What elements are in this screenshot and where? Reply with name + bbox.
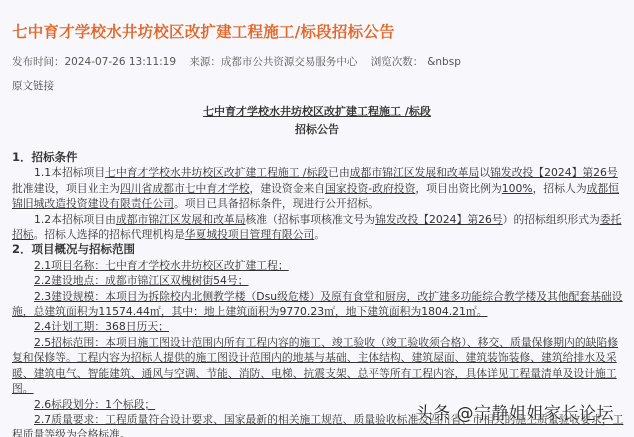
text: ，项目出资比例为 bbox=[415, 182, 501, 195]
clause-1-1: 1.1本招标项目七中育才学校水井坊校区改扩建工程施工 /标段已由成都市锦江区发展… bbox=[12, 165, 624, 211]
clause-1-2: 1.2本招标项目由成都市锦江区发展和改革局核准（招标事项核准文号为锦发改投【20… bbox=[12, 212, 624, 243]
publish-label: 发布时间： bbox=[12, 56, 65, 68]
views-label: 浏览次数： bbox=[371, 56, 424, 68]
views-value: &nbsp bbox=[427, 56, 461, 68]
text: 。项目已具备招标条件，现进行公开招标。 bbox=[174, 197, 379, 210]
tender-agent: 华夏城投项目管理有限公司 bbox=[185, 228, 315, 241]
publish-time: 发布时间：2024-07-26 13:11:19 bbox=[12, 56, 176, 68]
text: ，建设资金来自 bbox=[250, 182, 326, 195]
document-title-line1: 七中育才学校水井坊校区改扩建工程施工 /标段 bbox=[0, 103, 634, 121]
text: 1.1本招标项目 bbox=[34, 166, 105, 179]
meta-bar: 发布时间：2024-07-26 13:11:19 来源：成都市公共资源交易服务中… bbox=[12, 54, 471, 69]
project-owner: 四川省成都市七中育才学校 bbox=[120, 182, 250, 195]
duration-clause: 2.4计划工期：368日历天； bbox=[34, 320, 169, 333]
fund-ratio: 100% bbox=[502, 182, 533, 195]
clause-2-4: 2.4计划工期：368日历天； bbox=[12, 319, 624, 334]
section-2-heading: 2．项目概况与招标范围 bbox=[12, 242, 624, 257]
text: 已由 bbox=[328, 166, 350, 179]
text: 核准（招标事项核准文号为 bbox=[246, 213, 376, 226]
text: ，招标人为 bbox=[533, 182, 587, 195]
document-body: 1．招标条件 1.1本招标项目七中育才学校水井坊校区改扩建工程施工 /标段已由成… bbox=[12, 150, 624, 437]
text: ）的招标组织形式为 bbox=[503, 213, 600, 226]
project-name: 七中育才学校水井坊校区改扩建工程施工 /标段 bbox=[105, 166, 328, 179]
location-clause: 2.2建设地点：成都市锦江区双槐树街54号； bbox=[34, 274, 248, 287]
lots-clause: 2.6标段划分：1个标段； bbox=[34, 398, 155, 411]
views: 浏览次数：&nbsp bbox=[371, 56, 461, 68]
fund-source: 国家投资-政府投资 bbox=[325, 182, 415, 195]
text: 。 bbox=[314, 228, 325, 241]
watermark: 头条 @宁静姐姐家长论坛 bbox=[416, 399, 614, 424]
document-title: 七中育才学校水井坊校区改扩建工程施工 /标段 招标公告 bbox=[0, 103, 634, 139]
approver: 成都市锦江区发展和改革局 bbox=[116, 213, 246, 226]
source-value: 成都市公共资源交易服务中心 bbox=[221, 56, 358, 68]
original-link[interactable]: 原文链接 bbox=[12, 78, 54, 93]
source-label: 来源： bbox=[189, 56, 221, 68]
project-name-clause: 2.1项目名称：七中育才学校水井坊校区改扩建工程； bbox=[34, 259, 289, 272]
approval-doc: 锦发改投【2024】第26号 bbox=[375, 213, 503, 226]
clause-2-2: 2.2建设地点：成都市锦江区双槐树街54号； bbox=[12, 273, 624, 288]
clause-2-5: 2.5招标范围：本项目施工图设计范围内所有工程内容的施工、竣工验收（竣工验收须合… bbox=[12, 335, 624, 397]
text: 。招标人选择的招标代理机构是 bbox=[34, 228, 185, 241]
text: 以 bbox=[479, 166, 490, 179]
scope-clause: 2.5招标范围：本项目施工图设计范围内所有工程内容的施工、竣工验收（竣工验收须合… bbox=[12, 336, 618, 395]
source: 来源：成都市公共资源交易服务中心 bbox=[189, 56, 357, 68]
clause-2-1: 2.1项目名称：七中育才学校水井坊校区改扩建工程； bbox=[12, 258, 624, 273]
clause-2-3: 2.3建设规模：本项目为拆除校内北侧教学楼（Dsu级危楼）及原有食堂和厨房，改扩… bbox=[12, 289, 624, 320]
publish-time-value: 2024-07-26 13:11:19 bbox=[65, 56, 177, 68]
document-title-line2: 招标公告 bbox=[0, 121, 634, 139]
text: 批准建设，项目业主为 bbox=[12, 182, 120, 195]
section-1-heading: 1．招标条件 bbox=[12, 150, 624, 165]
text: 1.2本招标项目由 bbox=[34, 213, 116, 226]
page-title: 七中育才学校水井坊校区改扩建工程施工/标段招标公告 bbox=[12, 20, 395, 42]
approval-doc: 锦发改投【2024】第26号 bbox=[490, 166, 618, 179]
scale-clause: 2.3建设规模：本项目为拆除校内北侧教学楼（Dsu级危楼）及原有食堂和厨房，改扩… bbox=[12, 290, 623, 318]
approver: 成都市锦江区发展和改革局 bbox=[350, 166, 480, 179]
